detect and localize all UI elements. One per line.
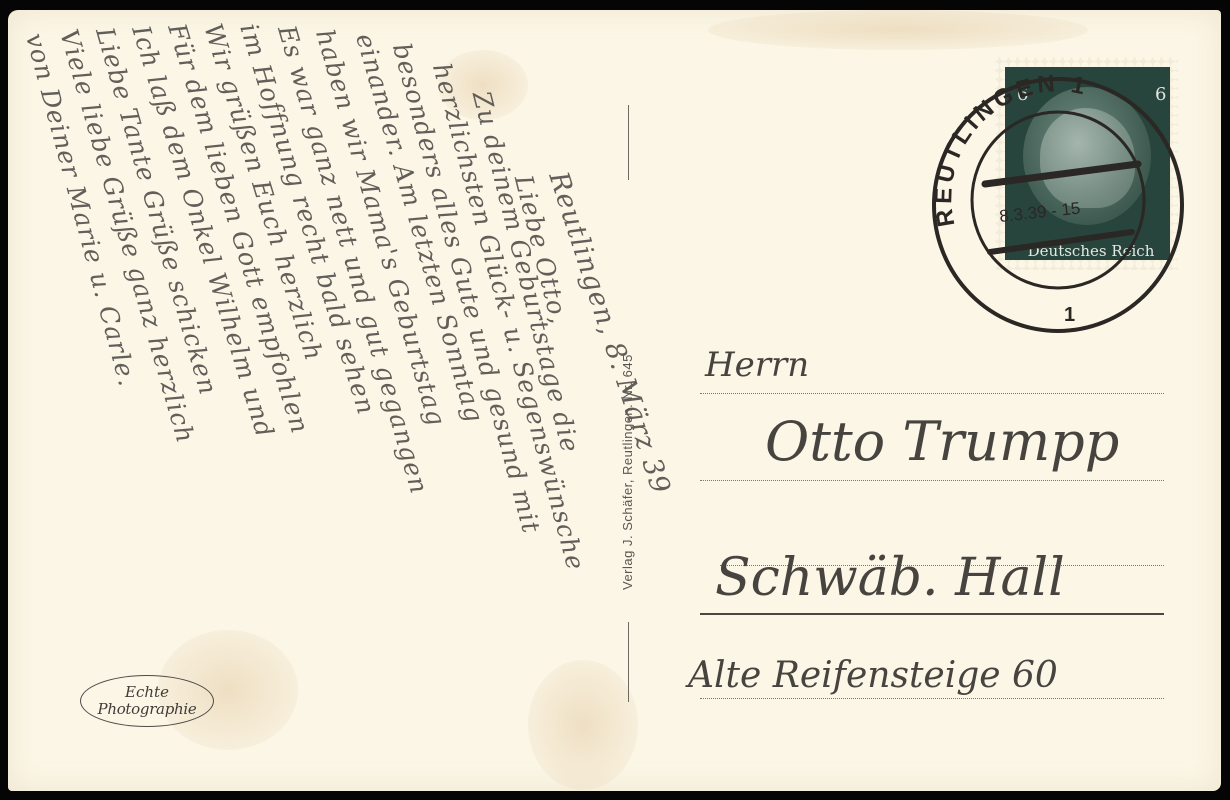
address-city: Schwäb. Hall: [715, 548, 1065, 608]
postmark-date: 8.3.39 - 15: [998, 199, 1081, 226]
address-rule: [700, 480, 1164, 481]
address-street: Alte Reifensteige 60: [688, 655, 1058, 696]
address-rule-solid: [700, 613, 1164, 615]
address-rule: [700, 698, 1164, 699]
address-salutation: Herrn: [705, 345, 809, 385]
address-rule: [700, 393, 1164, 394]
address-name: Otto Trumpp: [765, 410, 1119, 473]
postmark-office: 1: [1064, 304, 1075, 326]
